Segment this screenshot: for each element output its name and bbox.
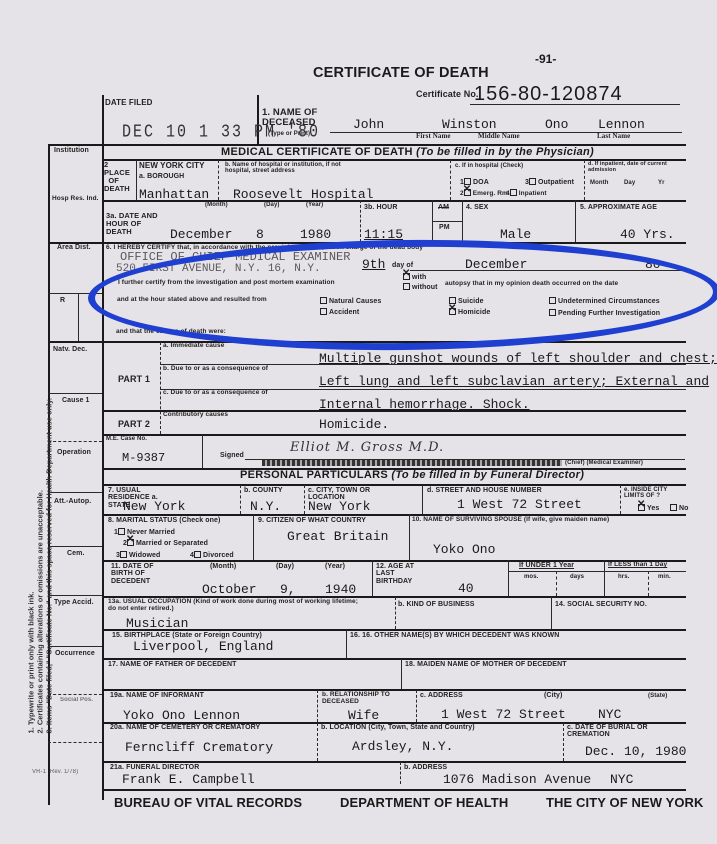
marital-married[interactable]: 2Married or Separated xyxy=(123,539,208,547)
address-city-label: (City) xyxy=(544,692,563,699)
middle-name: Winston xyxy=(442,117,497,132)
marital-widowed[interactable]: 3Widowed xyxy=(116,551,160,559)
borough-label: a. BOROUGH xyxy=(139,173,184,180)
divider xyxy=(450,160,451,200)
personal-heading-rule xyxy=(102,484,686,486)
divider xyxy=(346,630,347,658)
dob-day: 9, xyxy=(280,582,296,597)
divider xyxy=(563,723,564,761)
certificate-no-underline xyxy=(470,104,680,105)
checkbox-label: Widowed xyxy=(129,552,160,559)
side-label-institution: Institution xyxy=(54,147,89,154)
hospital-check-outpatient[interactable]: 3Outpatient xyxy=(525,178,574,186)
medical-heading-note: (To be filled in by the Physician) xyxy=(416,146,594,158)
footer-bureau: BUREAU OF VITAL RECORDS xyxy=(114,795,302,810)
fd-address: 1076 Madison Avenue xyxy=(443,772,591,787)
citizen-label: 9. CITIZEN OF WHAT COUNTRY xyxy=(258,517,366,524)
burial-date-label: c. DATE OF BURIAL OR CREMATION xyxy=(567,724,677,739)
fd-city: NYC xyxy=(610,772,633,787)
death-day: 8 xyxy=(256,227,264,242)
divider xyxy=(48,595,102,596)
divider xyxy=(395,597,396,629)
certificate-no-label: Certificate No. xyxy=(416,90,479,99)
age-last-birthday: 40 xyxy=(458,581,474,596)
year-col-label: (Year) xyxy=(306,202,323,208)
other-names-label: 16. 16. OTHER NAME(S) BY WHICH DECEDENT … xyxy=(350,632,559,639)
checkbox-checked[interactable] xyxy=(127,539,134,546)
street-label: d. STREET AND HOUSE NUMBER xyxy=(427,487,542,494)
medical-heading-text: MEDICAL CERTIFICATE OF DEATH xyxy=(221,146,413,158)
dob-month-label: (Month) xyxy=(210,563,236,570)
sex: Male xyxy=(500,227,531,242)
side-label-type-accid: Type Accid. xyxy=(54,599,94,606)
residence-state: New York xyxy=(123,499,185,514)
age-label: 5. APPROXIMATE AGE xyxy=(580,204,657,211)
part2-label: PART 2 xyxy=(118,420,150,429)
inpatient-label: d. If inpatient, date of current admissi… xyxy=(588,162,683,174)
informant-city: NYC xyxy=(598,707,621,722)
nyc-label: NEW YORK CITY xyxy=(139,162,205,170)
checkbox[interactable] xyxy=(529,178,536,185)
citizen: Great Britain xyxy=(287,529,388,544)
personal-heading-text: PERSONAL PARTICULARS xyxy=(240,469,388,481)
signed-label: Signed xyxy=(220,452,244,459)
parents-rule xyxy=(102,689,686,691)
middle-name-label: Middle Name xyxy=(478,133,520,140)
divider xyxy=(372,560,373,596)
examiner-label: (Chief) (Medical Examiner) xyxy=(565,460,643,466)
side-label-cause: Cause 1 xyxy=(62,397,90,404)
inpatient-yr: Yr xyxy=(658,180,665,186)
last-name-label: Last Name xyxy=(597,133,630,140)
cemetery-label: 20a. NAME OF CEMETERY OR CREMATORY xyxy=(110,724,260,731)
divider xyxy=(508,571,686,572)
location-label: b. LOCATION (City, Town, State and Count… xyxy=(321,724,475,731)
divider xyxy=(160,342,161,434)
under-year-days: days xyxy=(570,574,584,580)
if-hospital-label: c. If in hospital (Check) xyxy=(455,163,523,169)
divider xyxy=(78,293,79,343)
first-name: John xyxy=(353,117,384,132)
instruction-3: 3. Items "Date filed," "Certificate No."… xyxy=(45,294,54,734)
place-of-death-label: 2PLACE OFDEATH xyxy=(104,161,134,193)
footer-city: THE CITY OF NEW YORK xyxy=(546,795,704,810)
informant-label: 19a. NAME OF INFORMANT xyxy=(110,692,204,699)
side-label-area-dist: Area Dist. xyxy=(57,244,91,251)
occupation-label: 13a. USUAL OCCUPATION (Kind of work done… xyxy=(108,599,363,613)
checkbox-label: Married or Separated xyxy=(136,540,208,547)
divider xyxy=(556,571,557,596)
relationship-label: b. RELATIONSHIP TO DECEASED xyxy=(322,692,392,706)
inpatient-month: Month xyxy=(590,180,609,186)
divider xyxy=(432,221,462,222)
death-month: December xyxy=(170,227,232,242)
burial-date: Dec. 10, 1980 xyxy=(585,744,686,759)
spouse-label: 10. NAME OF SURVIVING SPOUSE (If wife, g… xyxy=(412,517,609,524)
divider xyxy=(508,560,509,596)
document-title: CERTIFICATE OF DEATH xyxy=(313,65,489,81)
checkbox[interactable] xyxy=(120,551,127,558)
fd-address-label: b. ADDRESS xyxy=(404,764,447,771)
birthplace-rule xyxy=(102,658,686,660)
ssn-label: 14. SOCIAL SECURITY NO. xyxy=(555,601,647,608)
contributory-cause: Homicide. xyxy=(319,417,389,432)
age-last-birthday-label: 12. AGE AT LAST BIRTHDAY xyxy=(376,563,426,585)
middle-name-2: Ono xyxy=(545,117,568,132)
sex-label: 4. SEX xyxy=(466,204,488,211)
divider xyxy=(416,690,417,722)
checkbox[interactable] xyxy=(118,528,125,535)
checkbox-checked[interactable] xyxy=(464,189,471,196)
divider xyxy=(422,485,423,514)
residence-street: 1 West 72 Street xyxy=(457,497,582,512)
personal-section-heading: PERSONAL PARTICULARS (To be filled in by… xyxy=(240,469,584,481)
checkbox[interactable] xyxy=(510,189,517,196)
form-code: VR-1 (Rev. 1/78) xyxy=(32,769,102,775)
side-label-natv-dec: Natv. Dec. xyxy=(53,346,87,353)
divider xyxy=(551,597,552,629)
divider xyxy=(218,160,219,200)
immediate-label: a. Immediate cause xyxy=(163,343,224,350)
divider xyxy=(48,742,102,743)
dob-year: 1940 xyxy=(325,582,356,597)
hospital-check-emerg[interactable]: 2Emerg. Rm. xyxy=(460,189,510,198)
county: N.Y. xyxy=(250,499,281,514)
divider xyxy=(462,200,463,242)
under-day-label: If LESS than 1 Day xyxy=(608,562,667,569)
divider xyxy=(620,485,621,514)
hospital-check-inpatient[interactable]: 4Inpatient xyxy=(506,189,547,198)
side-label-cem: Cem. xyxy=(67,550,85,557)
cause-b: Left lung and left subclavian artery; Ex… xyxy=(319,374,709,389)
deceased-label-text: 1. NAME OF DECEASED xyxy=(262,108,330,129)
inpatient-day: Day xyxy=(624,180,635,186)
address-label: c. ADDRESS xyxy=(420,692,463,699)
side-label-hosp-res: Hosp Res. Ind. xyxy=(52,196,99,203)
divider xyxy=(409,514,410,560)
checkbox-label: No xyxy=(679,505,689,512)
burial-location: Ardsley, N.Y. xyxy=(352,739,453,754)
dob-label: 11. DATE OF BIRTH OF DECEDENT xyxy=(111,563,167,585)
cemetery-rule xyxy=(102,761,686,763)
divider xyxy=(48,546,102,547)
divider xyxy=(202,434,203,468)
place-row-rule xyxy=(102,200,686,202)
checkbox[interactable] xyxy=(670,504,677,511)
informant-address: 1 West 72 Street xyxy=(441,707,566,722)
divider xyxy=(317,723,318,761)
county-label: b. COUNTY xyxy=(244,487,283,494)
divider xyxy=(648,571,649,596)
divider xyxy=(48,646,102,647)
side-label-att-autop: Att.-Autop. xyxy=(54,498,91,505)
divider xyxy=(136,160,137,200)
funeral-director-label: 21a. FUNERAL DIRECTOR xyxy=(110,764,199,771)
instruction-2: 2. Certificates containing alterations o… xyxy=(36,294,45,734)
divider xyxy=(48,694,102,695)
date-hour-label: 3a. DATE AND HOUR OF DEATH xyxy=(106,212,162,236)
deceased-sublabel: (Type or Print) xyxy=(268,131,310,137)
am-label: AM xyxy=(438,204,449,211)
certificate-no: 156-80-120874 xyxy=(474,83,623,106)
divider xyxy=(317,690,318,722)
me-case-no: M-9387 xyxy=(122,451,165,465)
death-year: 1980 xyxy=(300,227,331,242)
dob-day-label: (Day) xyxy=(276,563,294,570)
residence-city: New York xyxy=(308,499,370,514)
birthplace: Liverpool, England xyxy=(133,639,273,654)
day-col-label: (Day) xyxy=(264,202,280,208)
father-label: 17. NAME OF FATHER OF DECEDENT xyxy=(108,661,237,668)
other-names-text: 16. OTHER NAME(S) BY WHICH DECEDENT WAS … xyxy=(362,632,559,639)
part1-label: PART 1 xyxy=(118,375,150,384)
hour-label: 3b. HOUR xyxy=(364,204,397,211)
dob-month: October xyxy=(202,582,257,597)
under-year-label: If UNDER 1 Year xyxy=(519,562,574,569)
checkbox-label: Outpatient xyxy=(538,179,574,186)
funeral-director: Frank E. Campbell xyxy=(122,772,255,787)
approx-age: 40 Yrs. xyxy=(620,227,675,242)
address-state-label: (State) xyxy=(648,693,667,699)
divider xyxy=(253,514,254,560)
divider xyxy=(304,485,305,514)
under-day-hrs: hrs. xyxy=(618,574,629,580)
side-label-r: R xyxy=(60,297,65,304)
divider xyxy=(48,492,102,493)
checkbox-label: DOA xyxy=(473,179,489,186)
marital-rule xyxy=(102,560,686,562)
informant: Yoko Ono Lennon xyxy=(123,708,240,723)
divider xyxy=(401,659,402,689)
contributory-label: Contributory causes xyxy=(163,412,228,419)
divider xyxy=(584,160,585,200)
side-label-occurrence: Occurrence xyxy=(55,650,95,657)
first-name-label: First Name xyxy=(416,133,451,140)
personal-heading-note: (To be filled in by Funeral Director) xyxy=(391,469,584,481)
page-marker: -91- xyxy=(535,52,556,66)
checkbox-checked[interactable] xyxy=(638,504,645,511)
pm-label: PM xyxy=(439,224,450,231)
occupation-rule xyxy=(102,629,686,631)
checkbox-label: Divorced xyxy=(203,552,234,559)
inside-city-label: e. INSIDE CITY LIMITS OF ? xyxy=(624,487,686,500)
me-case-label: M.E. Case No. xyxy=(106,436,147,442)
medical-section-heading: MEDICAL CERTIFICATE OF DEATH (To be fill… xyxy=(221,146,594,158)
signature: Elliot M. Gross M.D. xyxy=(290,440,444,455)
divider xyxy=(575,200,576,242)
deceased-label: 1. NAME OF DECEASED xyxy=(262,108,330,129)
dob-year-label: (Year) xyxy=(325,563,345,570)
divider xyxy=(604,560,605,596)
divider xyxy=(400,762,401,784)
mother-label: 18. MAIDEN NAME OF MOTHER OF DECEDENT xyxy=(405,661,567,668)
inside-city-yes[interactable]: Yes xyxy=(638,504,659,512)
due-to-c-label: c. Due to or as a consequence of xyxy=(163,390,268,397)
checkbox-label: Inpatient xyxy=(519,190,547,197)
divider xyxy=(240,485,241,514)
relationship: Wife xyxy=(348,708,379,723)
cemetery: Ferncliff Crematory xyxy=(125,740,273,755)
under-day-min: min. xyxy=(658,574,671,580)
date-filed-label: DATE FILED xyxy=(105,99,153,107)
side-instructions: 1. Typewrite or print only with black in… xyxy=(27,294,54,734)
footer-department: DEPARTMENT OF HEALTH xyxy=(340,795,508,810)
instruction-1: 1. Typewrite or print only with black in… xyxy=(27,294,36,734)
surviving-spouse: Yoko Ono xyxy=(433,542,495,557)
marital-never[interactable]: 1Never Married xyxy=(114,528,175,536)
part2-rule xyxy=(102,434,686,436)
month-col-label: (Month) xyxy=(205,202,228,208)
side-label-social: Social Pos. xyxy=(60,697,93,703)
side-label-operation: Operation xyxy=(57,449,91,456)
business-label: b. KIND OF BUSINESS xyxy=(398,601,475,608)
divider xyxy=(48,393,102,394)
inside-city-no[interactable]: No xyxy=(670,504,689,512)
divider xyxy=(360,200,361,242)
marital-divorced[interactable]: 4Divorced xyxy=(190,551,234,559)
funeral-rule xyxy=(102,789,686,791)
checkbox[interactable] xyxy=(194,551,201,558)
divider xyxy=(48,441,102,442)
under-year-mos: mos. xyxy=(524,574,538,580)
hospital-label: b. Name of hospital or institution, if n… xyxy=(225,162,345,175)
checkbox-label: Emerg. Rm. xyxy=(473,190,510,197)
marital-label: 8. MARITAL STATUS (Check one) xyxy=(108,517,220,524)
due-to-b-label: b. Due to or as a consequence of xyxy=(163,366,268,373)
examiner-redacted xyxy=(262,460,562,466)
checkbox-label: Yes xyxy=(647,505,659,512)
last-name: Lennon xyxy=(598,117,645,132)
